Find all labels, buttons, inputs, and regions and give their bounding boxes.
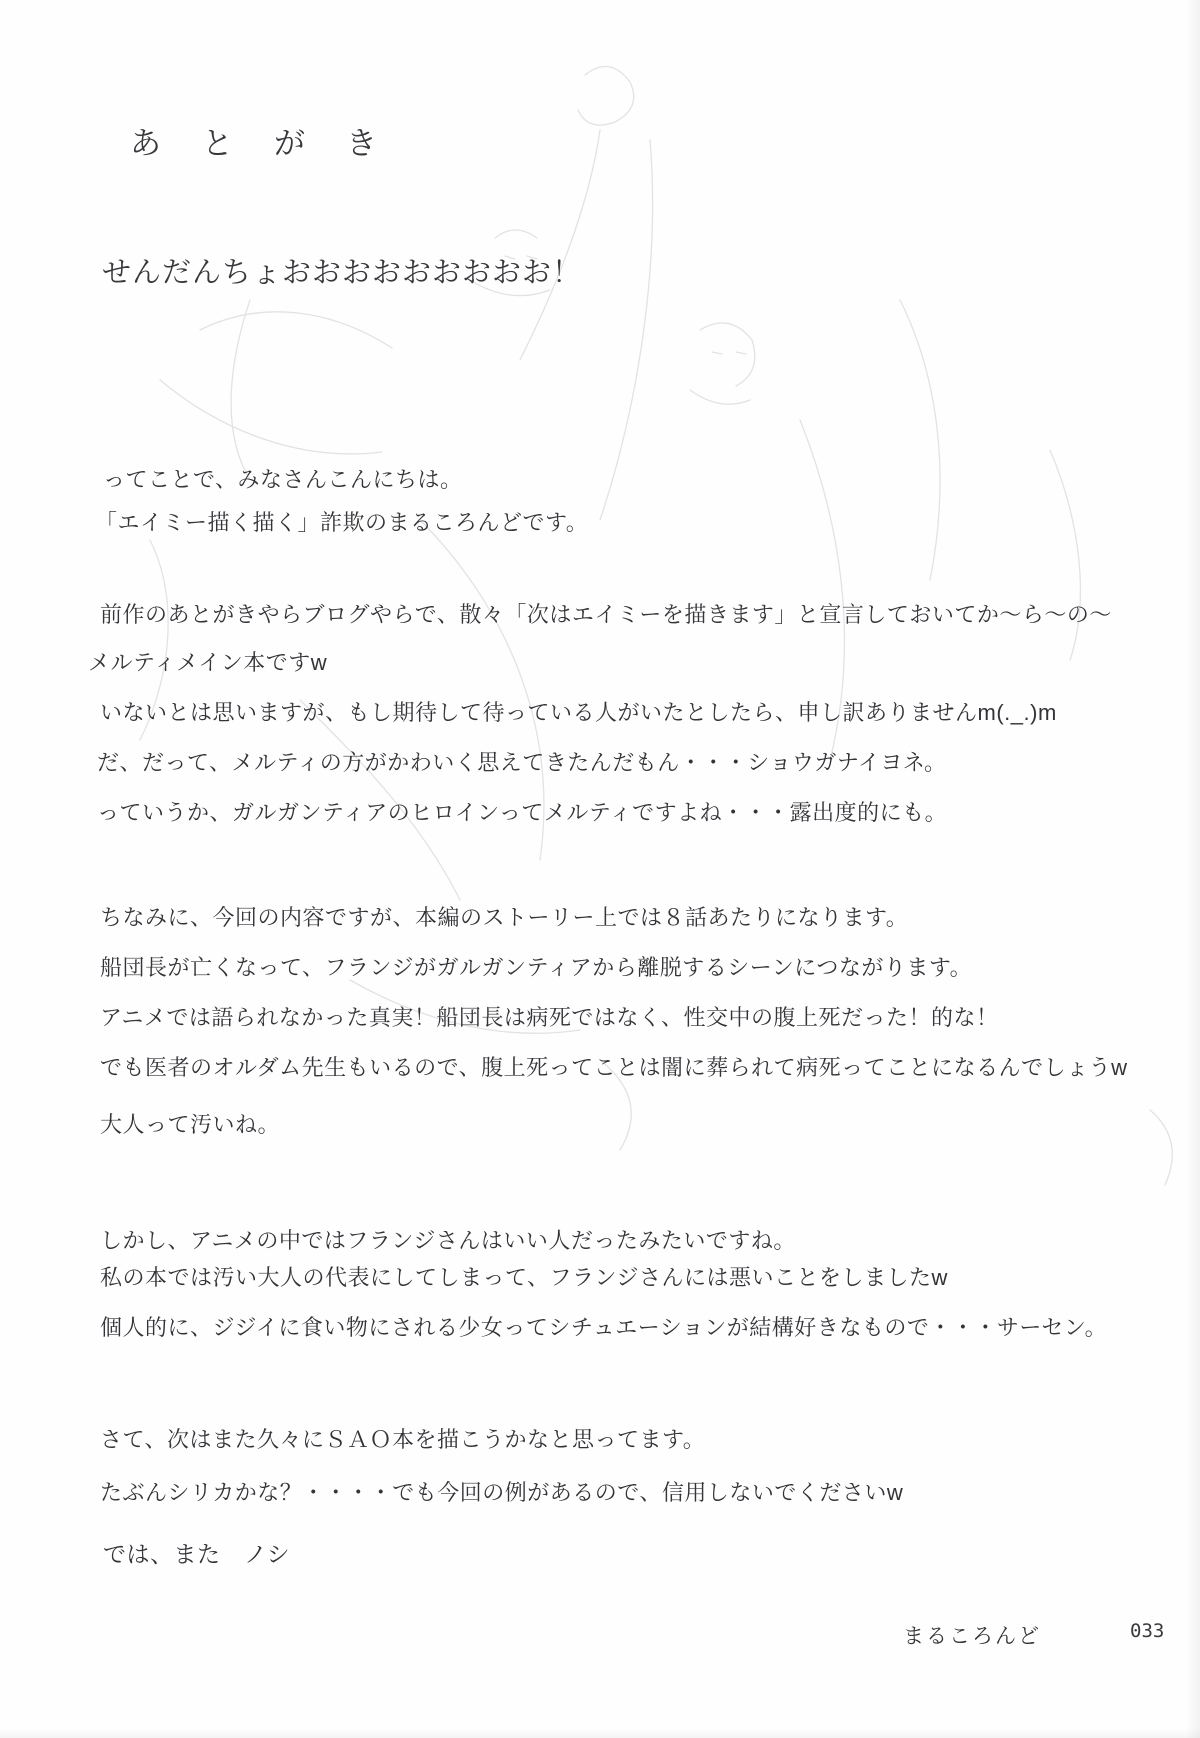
- scan-edge-shadow-bottom: [0, 1728, 1200, 1738]
- footer-page-number: 033: [1130, 1620, 1164, 1642]
- text-line: 前作のあとがきやらブログやらで、散々「次はエイミーを描きます」と宣言しておいてか…: [100, 598, 1112, 629]
- text-line: 船団長が亡くなって、フランジがガルガンティアから離脱するシーンにつながります。: [100, 951, 972, 982]
- text-line: 大人って汚いね。: [100, 1108, 280, 1139]
- text-line: いないとは思いますが、もし期待して待っている人がいたとしたら、申し訳ありませんm…: [100, 696, 1057, 727]
- text-line: 個人的に、ジジイに食い物にされる少女ってシチュエーションが結構好きなもので・・・…: [100, 1311, 1107, 1342]
- scan-edge-shadow-right: [1186, 0, 1200, 1738]
- text-line: しかし、アニメの中ではフランジさんはいい人だったみたいですね。: [100, 1224, 796, 1255]
- text-line: 「エイミー描く描く」詐欺のまるころんどです。: [95, 506, 588, 537]
- signoff-line: では、また ノシ: [103, 1536, 290, 1569]
- footer-author-name: まるころんど: [903, 1620, 1041, 1650]
- text-line: メルティメイン本ですw: [88, 646, 327, 677]
- text-line: さて、次はまた久々にＳＡＯ本を描こうかなと思ってます。: [100, 1423, 705, 1454]
- text-line: っていうか、ガルガンティアのヒロインってメルティですよね・・・露出度的にも。: [97, 796, 947, 827]
- afterword-page: あ と が き せんだんちょおおおおおおおおお！ ってことで、みなさんこんにちは…: [0, 0, 1200, 1738]
- text-line: だ、だって、メルティの方がかわいく思えてきたんだもん・・・ショウガナイヨネ。: [97, 746, 947, 777]
- text-line: 私の本では汚い大人の代表にしてしまって、フランジさんには悪いことをしましたw: [100, 1261, 948, 1292]
- text-line: ってことで、みなさんこんにちは。: [103, 463, 463, 494]
- afterword-subtitle: せんだんちょおおおおおおおおお！: [102, 250, 582, 291]
- text-line: アニメでは語られなかった真実！船団長は病死ではなく、性交中の腹上死だった！的な！: [100, 1001, 998, 1032]
- text-line: ちなみに、今回の内容ですが、本編のストーリー上では８話あたりになります。: [100, 901, 908, 932]
- text-line: たぶんシリカかな？・・・・でも今回の例があるので、信用しないでくださいw: [100, 1476, 903, 1507]
- afterword-title: あ と が き: [130, 118, 382, 163]
- text-line: でも医者のオルダム先生もいるので、腹上死ってことは闇に葬られて病死ってことになる…: [100, 1051, 1128, 1082]
